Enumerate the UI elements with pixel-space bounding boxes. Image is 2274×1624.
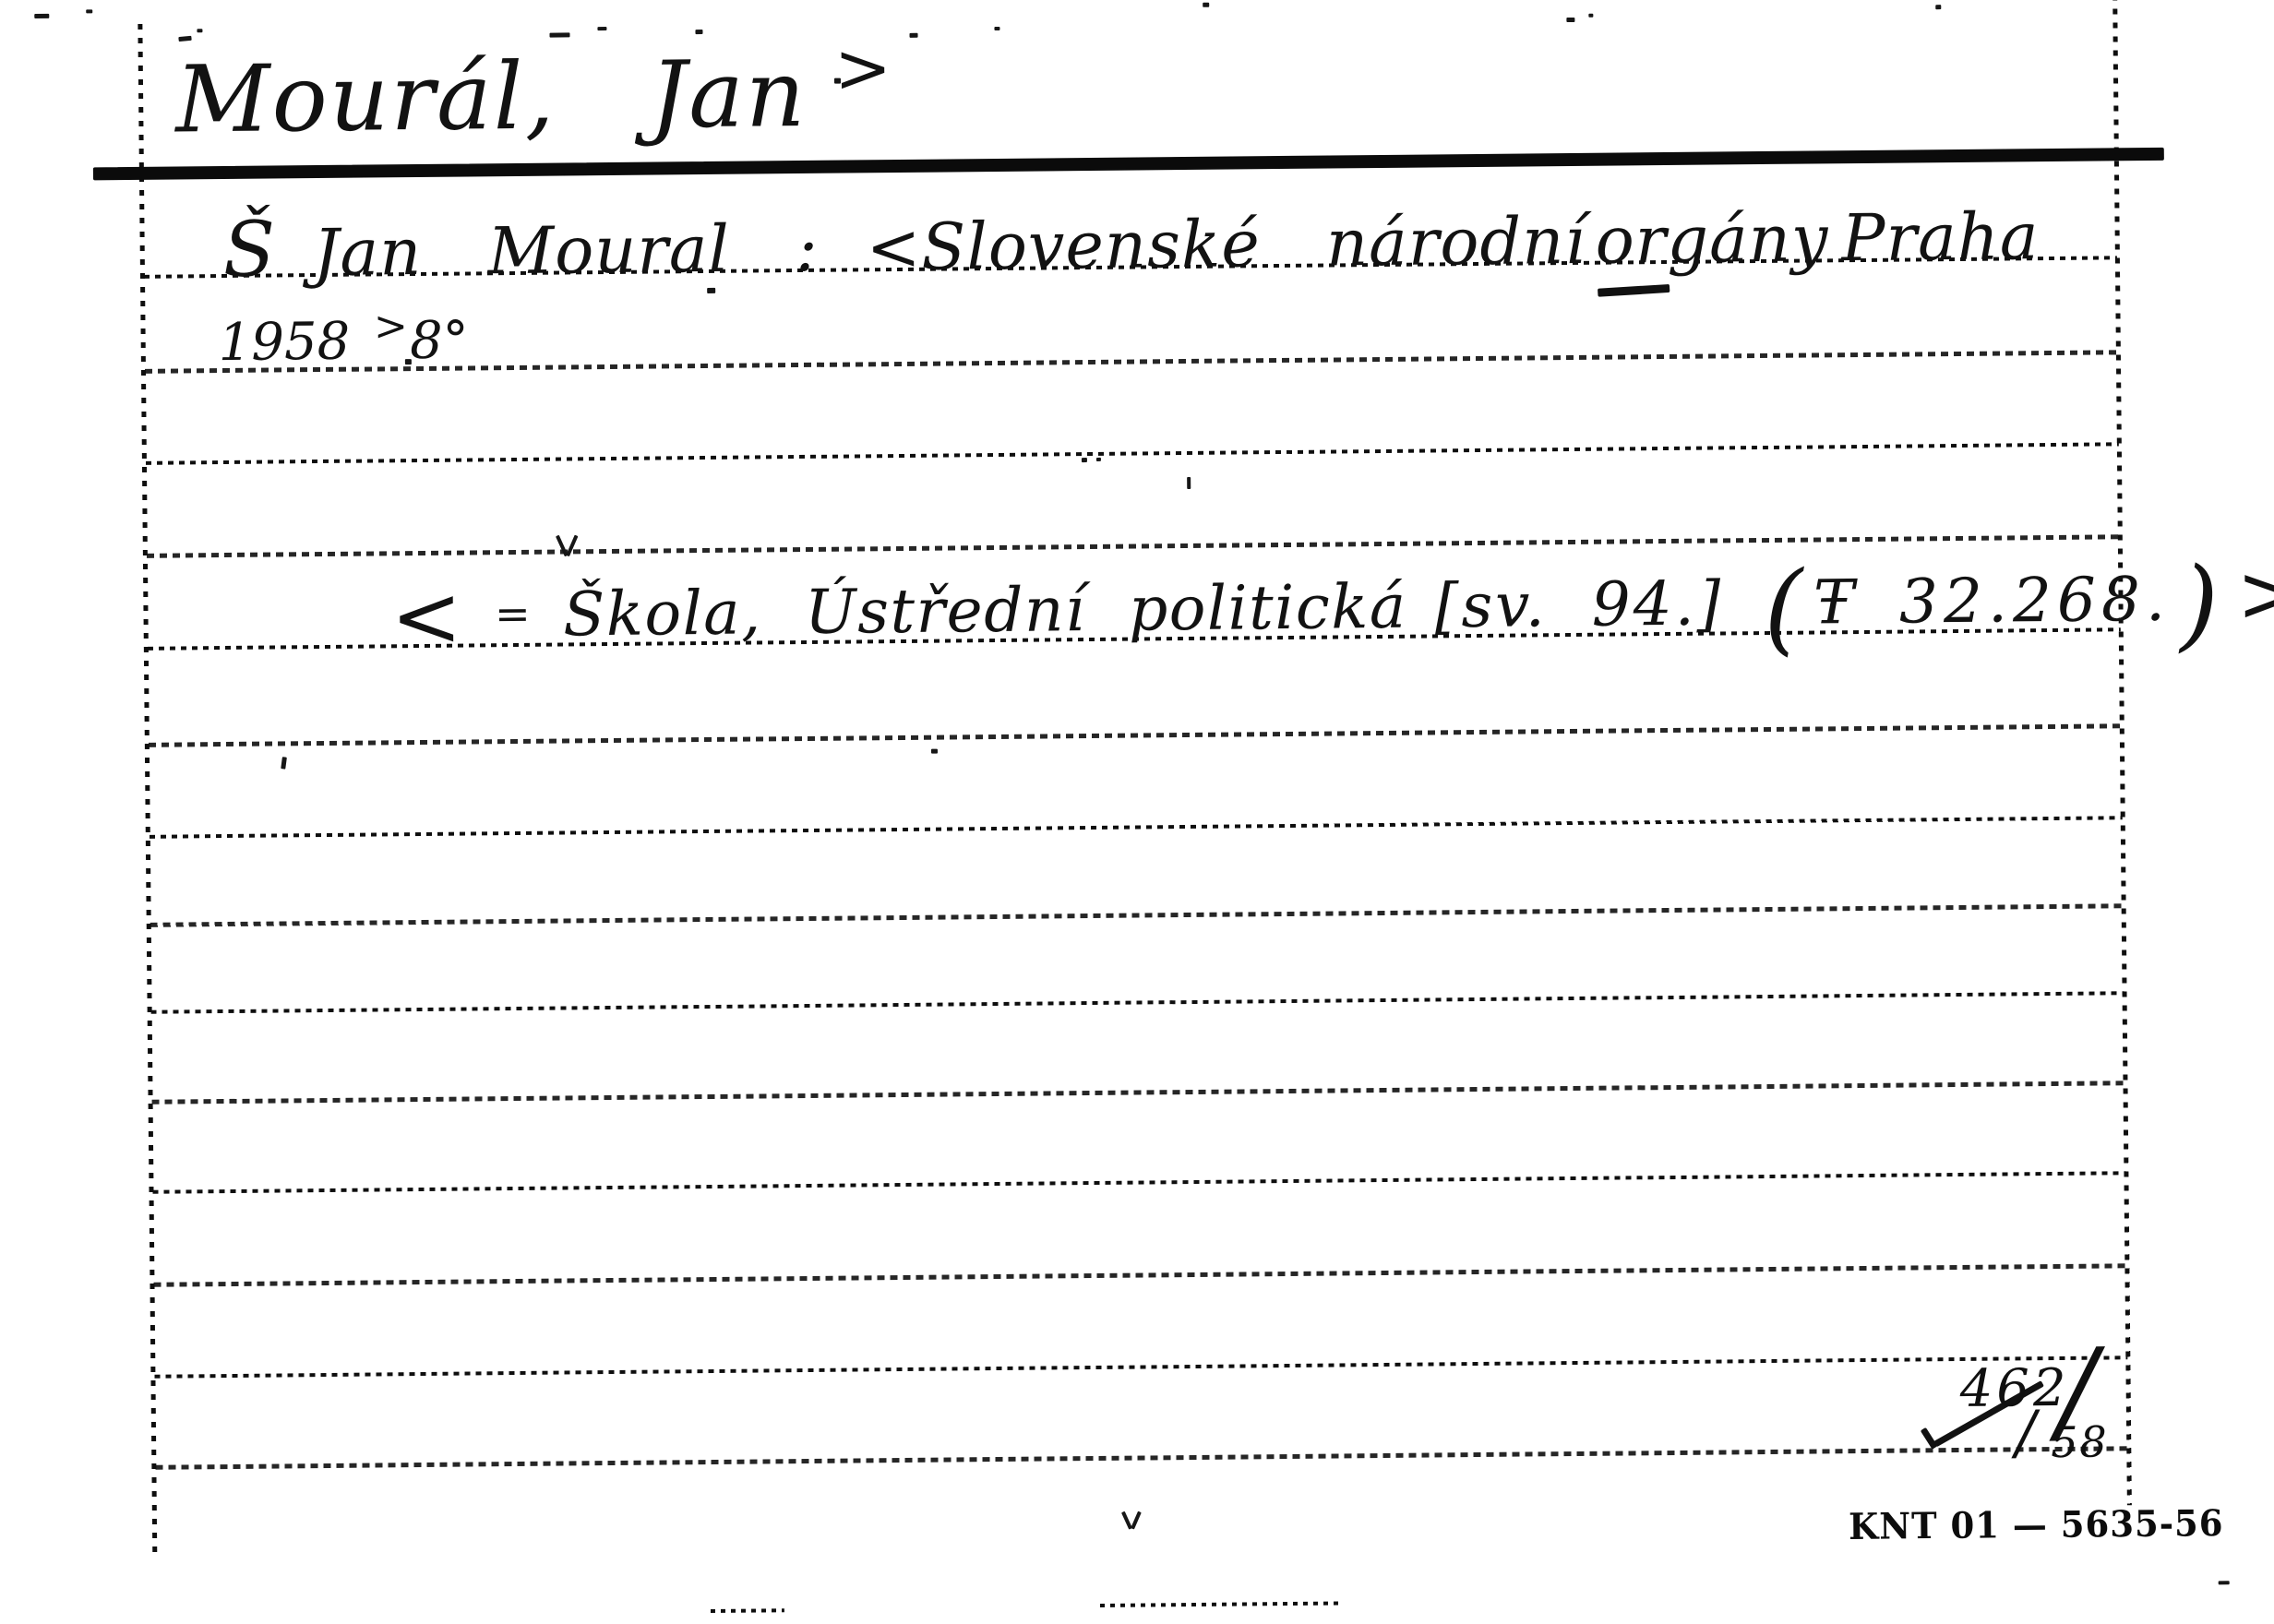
heading-angle-mark: > <box>834 29 894 109</box>
scan-speck <box>405 359 412 364</box>
entry-title-close: Praha <box>1841 198 2040 276</box>
entry-line: ŠJan Moural :<Slovenské národníorgányPra… <box>222 188 2040 294</box>
entry-author: Jan Moural : <box>313 210 819 291</box>
scan-speck <box>197 29 202 32</box>
reference-shelfmark: Ŧ 32.268. <box>1813 564 2172 639</box>
scan-speck <box>1935 5 1941 9</box>
accession-slash: / <box>2016 1399 2036 1467</box>
scan-speck <box>931 749 938 754</box>
scan-speck <box>178 36 191 42</box>
reference-paren-open: ( <box>1764 551 1805 666</box>
scan-speck <box>910 33 918 38</box>
right-dotted-border <box>2112 0 2132 1505</box>
catalog-card-scan: Mourál, Jan> ŠJan Moural :<Slovenské nár… <box>0 0 2274 1624</box>
heading-rule <box>93 148 2164 181</box>
reference-subject: Škola, Ústřední politická <box>563 571 1407 651</box>
scan-speck <box>1187 477 1191 489</box>
ruled-line <box>155 1446 2128 1470</box>
ruled-line <box>152 1081 2125 1105</box>
ruled-line <box>151 991 2124 1014</box>
ruled-line <box>150 816 2123 839</box>
reference-equals: = <box>495 589 533 639</box>
ruled-line <box>150 903 2124 927</box>
reference-paren-close: ) <box>2179 546 2220 662</box>
scan-speck <box>1203 3 1209 7</box>
scan-speck <box>695 30 702 34</box>
ruled-lines <box>0 0 2271 1</box>
scan-noise <box>0 0 2271 1</box>
accession-number: 462 / / 58 <box>1911 1336 2208 1505</box>
author-heading: Mourál, Jan <box>175 40 808 154</box>
ruled-line <box>154 1355 2127 1379</box>
scan-speck <box>281 757 287 770</box>
imprint-format: 8° <box>410 310 469 371</box>
reference-line: <=Škola, Ústřední politická[sv. 94.](Ŧ 3… <box>390 545 2274 679</box>
scan-speck <box>707 288 715 293</box>
imprint-angle-mark: > <box>374 303 408 350</box>
scan-speck <box>1131 1511 1142 1530</box>
scan-speck <box>597 27 606 30</box>
heading-line: Mourál, Jan> <box>175 39 894 153</box>
scan-speck <box>994 27 999 30</box>
ruled-line <box>153 1171 2126 1194</box>
ruled-line <box>146 442 2119 465</box>
entry-sigil: Š <box>222 205 277 294</box>
card-surface: Mourál, Jan> ŠJan Moural :<Slovenské nár… <box>0 0 2274 1624</box>
imprint-line: 1958>8° <box>218 310 469 373</box>
scan-speck <box>1588 14 1593 18</box>
imprint-year: 1958 <box>218 312 350 373</box>
scan-speck <box>2219 1581 2230 1584</box>
checkmark-icon <box>1921 1427 1938 1450</box>
scan-speck <box>86 9 92 13</box>
print-code: KNT 01 — 5635-56 <box>1849 1501 2224 1548</box>
ruled-line <box>153 1263 2126 1287</box>
scan-speck <box>1566 18 1574 22</box>
scan-speck <box>1082 458 1087 462</box>
ruled-line-fragment <box>711 1608 784 1613</box>
reference-close-mark: > <box>2236 547 2274 640</box>
scan-speck <box>834 78 841 84</box>
scan-speck <box>34 14 49 18</box>
left-dotted-border <box>138 24 157 1559</box>
entry-title-underlined: orgány <box>1595 200 1829 278</box>
scan-speck <box>1096 458 1101 461</box>
reference-volume: [sv. 94.] <box>1434 567 1723 641</box>
accession-denominator: 58 <box>2051 1416 2109 1467</box>
scan-speck <box>549 32 569 37</box>
ruled-line <box>149 723 2122 747</box>
ruled-line-fragment <box>1100 1601 1340 1606</box>
entry-title-open: <Slovenské národní <box>866 203 1586 285</box>
reference-open-mark: < <box>390 567 464 667</box>
